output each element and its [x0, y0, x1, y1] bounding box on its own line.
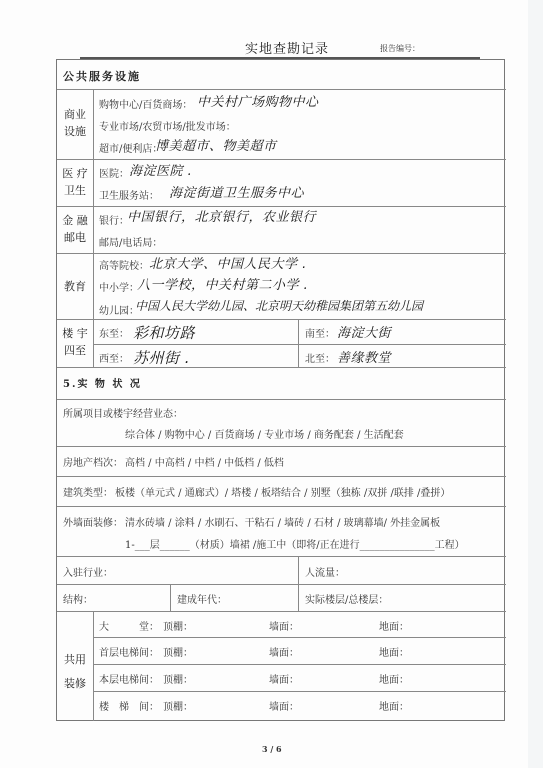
- divider: [57, 446, 506, 447]
- business-type-label: 所属项目或楼宇经营业态：: [63, 405, 183, 420]
- divider: [93, 637, 506, 638]
- facade-detail-line[interactable]: 1-___层______（材质）墙裙 /施工中（即将/正在进行_________…: [125, 536, 465, 551]
- shared-decoration-label: 共用 装修: [58, 648, 92, 696]
- divider: [93, 611, 94, 721]
- university-label: 高等院校：: [99, 257, 149, 272]
- medical-label: 医 疗 卫生: [58, 165, 92, 199]
- north-boundary-label: 北至：: [305, 350, 335, 365]
- post-office-label: 邮局/电话局：: [99, 234, 162, 249]
- label-line: 共用: [58, 648, 92, 672]
- wall-label: 墙面：: [269, 671, 299, 686]
- label-line: 邮电: [58, 229, 92, 246]
- kindergarten-value[interactable]: 中国人民大学幼儿园、北京明天幼稚园集团第五幼儿园: [135, 297, 423, 314]
- section-title-physical-status: 5.实 物 状 况: [63, 375, 142, 390]
- divider: [57, 556, 506, 557]
- wall-label: 墙面：: [269, 618, 299, 633]
- decoration-row-name: 大 堂：: [99, 618, 159, 633]
- survey-form-table: 公共服务设施 商业 设施 购物中心/百货商场： 中关村广场购物中心 专业市场/农…: [56, 59, 505, 721]
- divider: [93, 691, 506, 692]
- facade-options[interactable]: 清水砖墙 / 涂料 / 水刷石、干粘石 / 墙砖 / 石材 / 玻璃幕墙/ 外挂…: [125, 514, 440, 529]
- divider: [57, 89, 506, 90]
- south-boundary-value[interactable]: 海淀大街: [337, 322, 391, 341]
- ceiling-label: 顶棚：: [163, 618, 193, 633]
- facade-label: 外墙面装修：: [63, 514, 123, 529]
- finance-label: 金 融 邮电: [58, 212, 92, 246]
- ceiling-label: 顶棚：: [163, 644, 193, 659]
- divider: [93, 664, 506, 665]
- divider: [57, 367, 506, 368]
- boundaries-label: 楼 宇 四至: [58, 325, 92, 359]
- school-label: 中小学：: [99, 279, 139, 294]
- page-number: 3 / 6: [262, 744, 282, 754]
- divider: [57, 506, 506, 507]
- east-boundary-value[interactable]: 彩和坊路: [133, 322, 195, 343]
- label-line: 金 融: [58, 212, 92, 229]
- ceiling-label: 顶棚：: [163, 698, 193, 713]
- wall-label: 墙面：: [269, 644, 299, 659]
- industry-label: 入驻行业：: [63, 564, 113, 579]
- west-boundary-value[interactable]: 苏州街 .: [133, 347, 190, 368]
- floor-label: 地面：: [379, 618, 409, 633]
- divider: [57, 159, 506, 160]
- specialty-market-label: 专业市场/农贸市场/批发市场：: [99, 118, 236, 133]
- health-station-value[interactable]: 海淀街道卫生服务中心: [169, 182, 304, 201]
- bank-label: 银行：: [99, 212, 129, 227]
- education-label: 教育: [58, 278, 92, 295]
- divider: [93, 89, 94, 367]
- south-boundary-label: 南至：: [305, 325, 335, 340]
- business-type-options[interactable]: 综合体 / 购物中心 / 百货商场 / 专业市场 / 商务配套 / 生活配套: [125, 426, 404, 441]
- label-line: 装修: [58, 672, 92, 696]
- shopping-center-value[interactable]: 中关村广场购物中心: [197, 91, 319, 110]
- label-line: 楼 宇: [58, 325, 92, 342]
- commercial-label: 商业 设施: [58, 106, 92, 140]
- university-value[interactable]: 北京大学、中国人民大学 .: [149, 253, 307, 272]
- label-line: 设施: [58, 123, 92, 140]
- floor-label: 地面：: [379, 644, 409, 659]
- grade-label: 房地产档次：: [63, 454, 123, 469]
- ceiling-label: 顶棚：: [163, 671, 193, 686]
- divider: [93, 344, 506, 345]
- document-title: 实地查勘记录: [245, 38, 329, 57]
- hospital-value[interactable]: 海淀医院 .: [129, 160, 192, 179]
- supermarket-label: 超市/便利店：: [99, 140, 162, 155]
- divider: [57, 399, 506, 400]
- supermarket-value[interactable]: 博美超市、物美超市: [155, 135, 277, 154]
- grade-options[interactable]: 高档 / 中高档 / 中档 / 中低档 / 低档: [125, 454, 284, 469]
- shopping-center-label: 购物中心/百货商场：: [99, 96, 192, 111]
- hospital-label: 医院：: [99, 165, 129, 180]
- health-station-label: 卫生服务站：: [99, 187, 159, 202]
- divider: [57, 319, 506, 320]
- decoration-row-name: 楼 梯 间：: [99, 698, 159, 713]
- section-title-public-services: 公共服务设施: [63, 68, 141, 84]
- report-number-label: 报告编号：: [380, 43, 420, 54]
- floor-label: 地面：: [379, 698, 409, 713]
- divider: [57, 611, 506, 612]
- west-boundary-label: 西至：: [99, 350, 129, 365]
- north-boundary-value[interactable]: 善缘教堂: [337, 347, 391, 366]
- school-value[interactable]: 八一学校，中关村第二小学 .: [137, 274, 308, 293]
- kindergarten-label: 幼儿园：: [99, 302, 139, 317]
- divider: [170, 584, 171, 611]
- decoration-row-name: 本层电梯间：: [99, 671, 159, 686]
- built-year-label: 建成年代：: [177, 591, 227, 606]
- decoration-row-name: 首层电梯间：: [99, 644, 159, 659]
- divider: [298, 556, 299, 611]
- traffic-label: 人流量：: [305, 564, 345, 579]
- floors-label: 实际楼层/总楼层：: [305, 591, 388, 606]
- divider: [298, 319, 299, 367]
- label-line: 医 疗: [58, 165, 92, 182]
- divider: [57, 584, 506, 585]
- label-line: 四至: [58, 342, 92, 359]
- bank-value[interactable]: 中国银行，北京银行，农业银行: [127, 206, 316, 225]
- structure-label: 结构：: [63, 591, 93, 606]
- floor-label: 地面：: [379, 671, 409, 686]
- building-type-label: 建筑类型：: [63, 484, 113, 499]
- wall-label: 墙面：: [269, 698, 299, 713]
- divider: [57, 476, 506, 477]
- page-edge: [528, 0, 543, 768]
- label-line: 商业: [58, 106, 92, 123]
- east-boundary-label: 东至：: [99, 325, 129, 340]
- building-type-options[interactable]: 板楼（单元式 / 通廊式）/ 塔楼 / 板塔结合 / 别墅（独栋 /双拼 /联排…: [115, 484, 450, 499]
- label-line: 卫生: [58, 182, 92, 199]
